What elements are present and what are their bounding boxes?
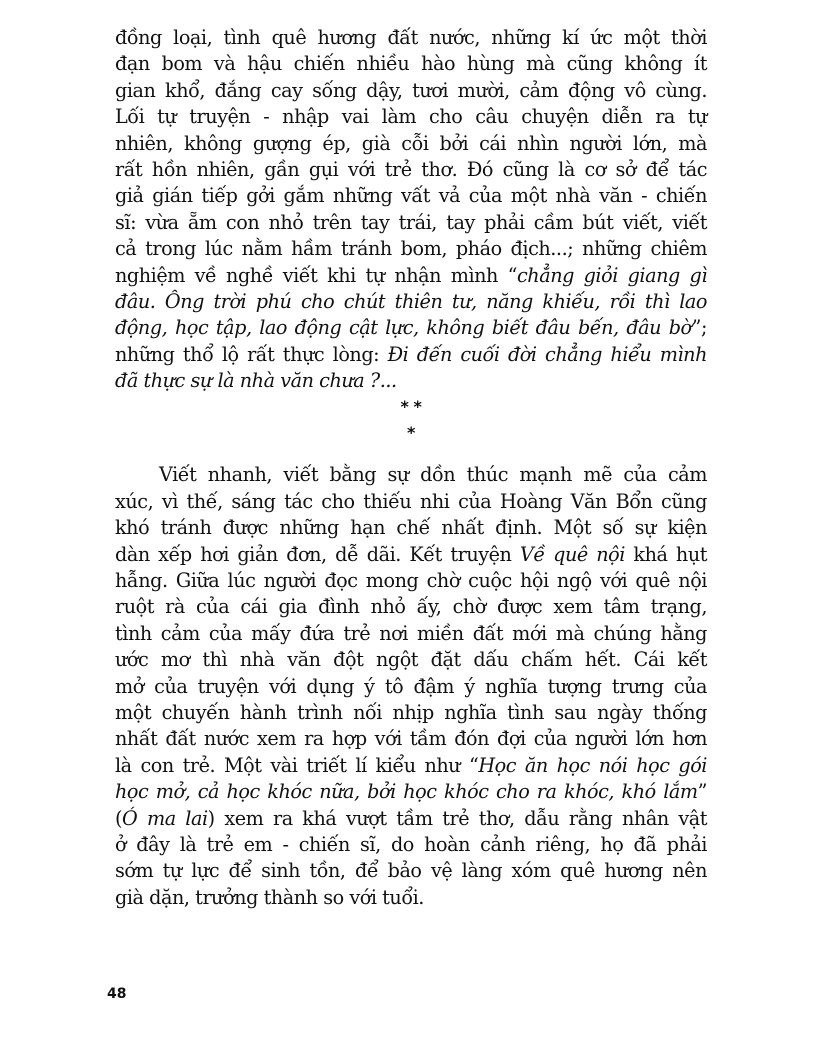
text-run: sớm tự lực để sinh tồn, để bảo vệ làng x…	[115, 859, 707, 882]
text-line: ước mơ thì nhà văn đột ngột đặt dấu chấm…	[115, 647, 707, 673]
text-run: nhất đất nước xem ra hợp với tầm đón đợi…	[115, 727, 707, 750]
text-run: cả trong lúc nằm hầm tránh bom, pháo địc…	[115, 237, 707, 260]
text-run: ”;	[692, 316, 707, 339]
text-run: rất hồn nhiên, gần gụi với trẻ thơ. Đó c…	[115, 158, 707, 181]
text-line: đã thực sự là nhà văn chưa ?...	[115, 368, 707, 394]
text-line: dàn xếp hơi giản đơn, dễ dãi. Kết truyện…	[115, 542, 707, 568]
text-line: giả gián tiếp gởi gắm những vất vả của m…	[115, 183, 707, 209]
text-line: ruột rà của cái gia đình nhỏ ấy, chờ đượ…	[115, 594, 707, 620]
text-line: động, học tập, lao động cật lực, không b…	[115, 315, 707, 341]
text-run: ước mơ thì nhà văn đột ngột đặt dấu chấm…	[115, 648, 707, 671]
text-run: hẫng. Giữa lúc người đọc mong chờ cuộc h…	[115, 569, 707, 592]
text-line: tình cảm của mấy đứa trẻ nơi miền đất mớ…	[115, 621, 707, 647]
text-line: (Ó ma lai) xem ra khá vượt tầm trẻ thơ, …	[115, 806, 707, 832]
text-run: ruột rà của cái gia đình nhỏ ấy, chờ đượ…	[115, 595, 707, 618]
text-run: đồng loại, tình quê hương đất nước, nhữn…	[115, 26, 707, 49]
text-line: sĩ: vừa ẵm con nhỏ trên tay trái, tay ph…	[115, 210, 707, 236]
italic-text: chẳng giỏi giang gì	[517, 264, 707, 287]
text-line: ở đây là trẻ em - chiến sĩ, do hoàn cảnh…	[115, 832, 707, 858]
italic-text: đã thực sự là nhà văn chưa ?...	[115, 369, 397, 392]
text-run: giả gián tiếp gởi gắm những vất vả của m…	[115, 184, 707, 207]
text-run: tình cảm của mấy đứa trẻ nơi miền đất mớ…	[115, 622, 707, 645]
text-line: nhất đất nước xem ra hợp với tầm đón đợi…	[115, 726, 707, 752]
section-separator: * * *	[115, 394, 707, 446]
text-line: đâu. Ông trời phú cho chút thiên tư, năn…	[115, 289, 707, 315]
text-line: đạn bom và hậu chiến nhiều hào hùng mà c…	[115, 51, 707, 77]
text-line: học mở, cả học khóc nữa, bởi học khóc ch…	[115, 779, 707, 805]
text-line: gian khổ, đắng cay sống dậy, tươi mười, …	[115, 78, 707, 104]
text-run: một chuyến hành trình nối nhịp nghĩa tìn…	[115, 701, 707, 724]
text-run: ) xem ra khá vượt tầm trẻ thơ, dẫu rằng …	[208, 807, 707, 830]
text-line: già dặn, trưởng thành so với tuổi.	[115, 885, 707, 911]
text-line: hẫng. Giữa lúc người đọc mong chờ cuộc h…	[115, 568, 707, 594]
text-line: những thổ lộ rất thực lòng: Đi đến cuối …	[115, 342, 707, 368]
text-run: những thổ lộ rất thực lòng:	[115, 343, 388, 366]
text-line: là con trẻ. Một vài triết lí kiểu như “H…	[115, 753, 707, 779]
italic-text: đâu. Ông trời phú cho chút thiên tư, năn…	[115, 290, 707, 313]
italic-text: động, học tập, lao động cật lực, không b…	[115, 316, 692, 339]
text-run: ở đây là trẻ em - chiến sĩ, do hoàn cảnh…	[115, 833, 707, 856]
text-run: khá hụt	[625, 543, 707, 566]
text-line: sớm tự lực để sinh tồn, để bảo vệ làng x…	[115, 858, 707, 884]
page-body: đồng loại, tình quê hương đất nước, nhữn…	[115, 25, 707, 911]
text-run: nghiệm về nghề viết khi tự nhận mình “	[115, 264, 517, 287]
text-line: nghiệm về nghề viết khi tự nhận mình “ch…	[115, 263, 707, 289]
text-line: xúc, vì thế, sáng tác cho thiếu nhi của …	[115, 489, 707, 515]
italic-text: Ó ma lai	[122, 807, 208, 830]
text-run: xúc, vì thế, sáng tác cho thiếu nhi của …	[115, 490, 707, 513]
separator-star-bottom: *	[115, 420, 707, 446]
text-run: già dặn, trưởng thành so với tuổi.	[115, 886, 424, 909]
text-run: là con trẻ. Một vài triết lí kiểu như “	[115, 754, 478, 777]
text-run: dàn xếp hơi giản đơn, dễ dãi. Kết truyện	[115, 543, 520, 566]
text-line: khó tránh được những hạn chế nhất định. …	[115, 515, 707, 541]
text-line: rất hồn nhiên, gần gụi với trẻ thơ. Đó c…	[115, 157, 707, 183]
italic-text: Đi đến cuối đời chẳng hiểu mình	[388, 343, 707, 366]
text-run: mở của truyện với dụng ý tô đậm ý nghĩa …	[115, 675, 707, 698]
text-run: Viết nhanh, viết bằng sự dồn thúc mạnh m…	[159, 463, 707, 486]
paragraph-2: Viết nhanh, viết bằng sự dồn thúc mạnh m…	[115, 462, 707, 911]
text-run: ”	[698, 780, 707, 803]
text-line: nhiên, không gượng ép, già cỗi bởi cái n…	[115, 131, 707, 157]
text-run: đạn bom và hậu chiến nhiều hào hùng mà c…	[115, 52, 707, 75]
text-line: một chuyến hành trình nối nhịp nghĩa tìn…	[115, 700, 707, 726]
text-run: sĩ: vừa ẵm con nhỏ trên tay trái, tay ph…	[115, 211, 707, 234]
text-run: gian khổ, đắng cay sống dậy, tươi mười, …	[115, 79, 707, 102]
text-run: Lối tự truyện - nhập vai làm cho câu chu…	[115, 105, 707, 128]
text-line: Viết nhanh, viết bằng sự dồn thúc mạnh m…	[115, 462, 707, 488]
separator-stars-top: * *	[115, 394, 707, 420]
italic-text: Học ăn học nói học gói	[478, 754, 707, 777]
paragraph-1: đồng loại, tình quê hương đất nước, nhữn…	[115, 25, 707, 394]
page-number: 48	[107, 986, 126, 1002]
italic-text: học mở, cả học khóc nữa, bởi học khóc ch…	[115, 780, 698, 803]
italic-text: Về quê nội	[520, 543, 625, 566]
text-run: nhiên, không gượng ép, già cỗi bởi cái n…	[115, 132, 707, 155]
text-run: (	[115, 807, 122, 830]
text-line: đồng loại, tình quê hương đất nước, nhữn…	[115, 25, 707, 51]
text-line: mở của truyện với dụng ý tô đậm ý nghĩa …	[115, 674, 707, 700]
text-run: khó tránh được những hạn chế nhất định. …	[115, 516, 707, 539]
text-line: Lối tự truyện - nhập vai làm cho câu chu…	[115, 104, 707, 130]
text-line: cả trong lúc nằm hầm tránh bom, pháo địc…	[115, 236, 707, 262]
